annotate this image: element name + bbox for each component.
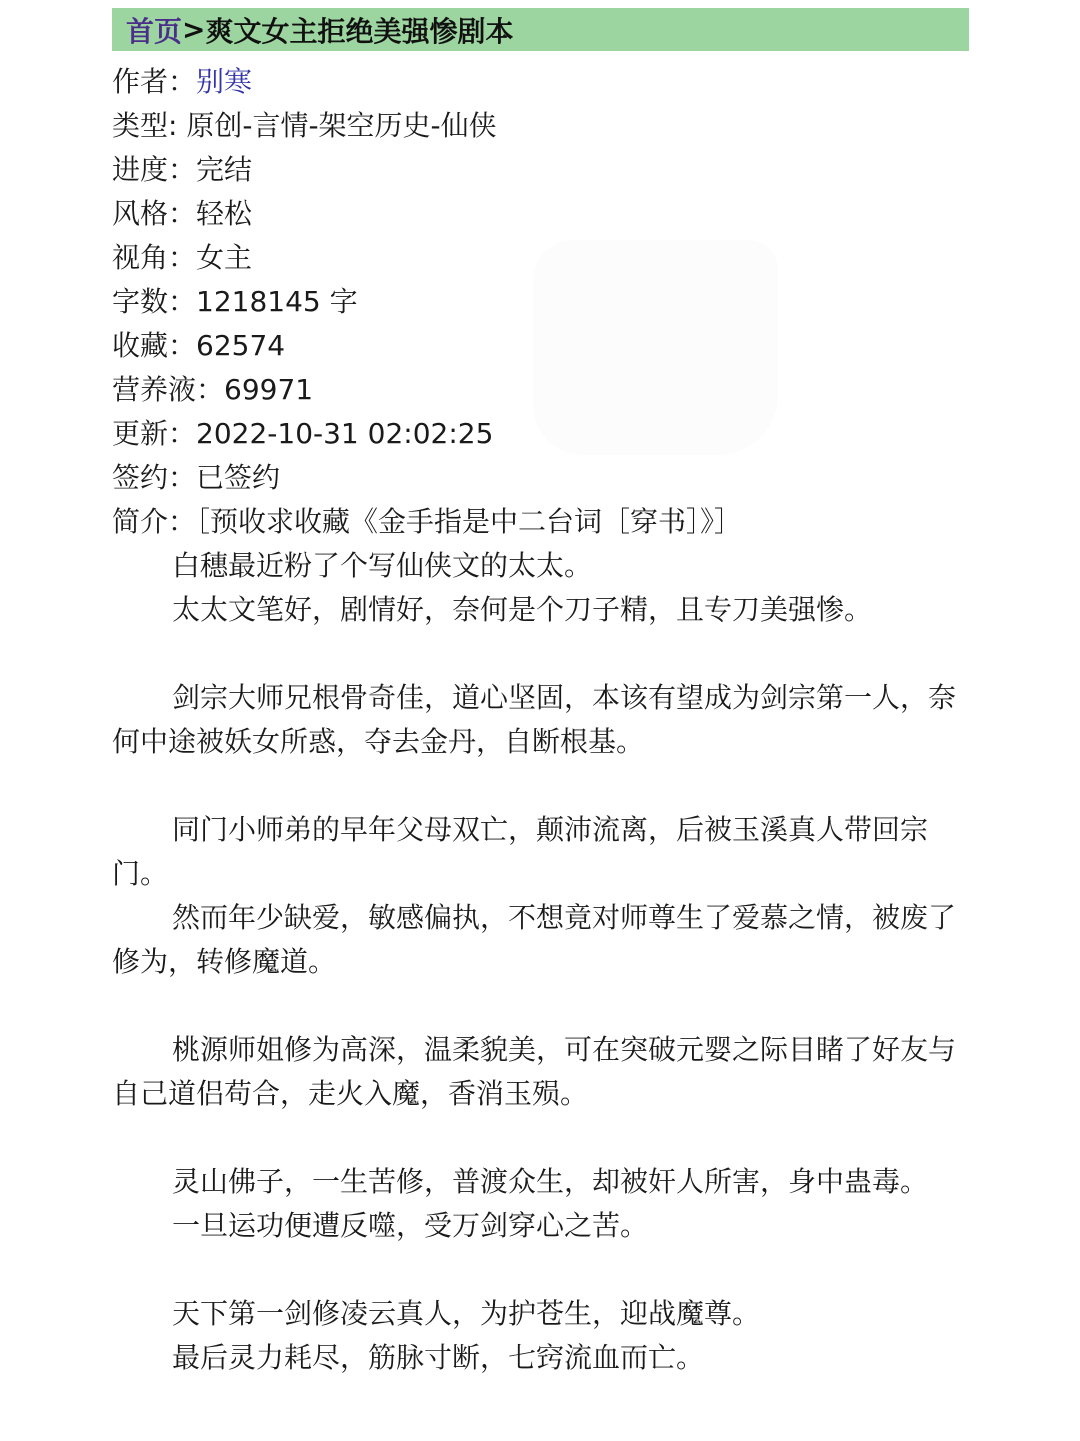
intro-paragraph: 白穗最近粉了个写仙侠文的太太。 [112, 544, 957, 588]
author-link[interactable]: 别寒 [196, 65, 252, 98]
meta-author: 作者：别寒 [112, 60, 969, 104]
intro-paragraph: 灵山佛子，一生苦修，普渡众生，却被奸人所害，身中蛊毒。 [112, 1160, 957, 1204]
book-title: 爽文女主拒绝美强惨剧本 [205, 10, 513, 50]
meta-summary: 简介：［预收求收藏《金手指是中二台词［穿书］》］ [112, 500, 969, 544]
meta-value: 原创-言情-架空历史-仙侠 [186, 109, 496, 142]
breadcrumb-separator: > [182, 13, 205, 46]
intro-paragraph: 剑宗大师兄根骨奇佳，道心坚固，本该有望成为剑宗第一人，奈何中途被妖女所惑，夺去金… [112, 676, 957, 764]
book-meta: 作者：别寒 类型: 原创-言情-架空历史-仙侠 进度：完结 风格：轻松 视角：女… [112, 60, 969, 544]
meta-label: 进度： [112, 153, 196, 186]
meta-label: 简介： [112, 505, 196, 538]
meta-value: 已签约 [196, 461, 280, 494]
meta-label: 字数： [112, 285, 196, 318]
intro-paragraph: 一旦运功便遭反噬，受万剑穿心之苦。 [112, 1204, 957, 1248]
meta-nutrient: 营养液：69971 [112, 368, 969, 412]
intro-paragraph: 最后灵力耗尽，筋脉寸断，七窍流血而亡。 [112, 1336, 957, 1380]
intro-paragraph: 天下第一剑修凌云真人，为护苍生，迎战魔尊。 [112, 1292, 957, 1336]
meta-value: 1218145 字 [196, 285, 358, 318]
meta-label: 视角： [112, 241, 196, 274]
home-link[interactable]: 首页 [126, 10, 182, 50]
paragraph-spacer [112, 1116, 969, 1160]
intro-paragraph: 太太文笔好，剧情好，奈何是个刀子精，且专刀美强惨。 [112, 588, 957, 632]
meta-value: 轻松 [196, 197, 252, 230]
meta-type: 类型: 原创-言情-架空历史-仙侠 [112, 104, 969, 148]
meta-label: 风格： [112, 197, 196, 230]
meta-value: 2022-10-31 02:02:25 [196, 417, 493, 450]
meta-label: 营养液： [112, 373, 224, 406]
paragraph-spacer [112, 984, 969, 1028]
meta-value: ［预收求收藏《金手指是中二台词［穿书］》］ [196, 505, 742, 538]
paragraph-spacer [112, 1248, 969, 1292]
meta-value: 完结 [196, 153, 252, 186]
meta-value: 女主 [196, 241, 252, 274]
paragraph-spacer [112, 764, 969, 808]
intro-paragraph: 然而年少缺爱，敏感偏执，不想竟对师尊生了爱慕之情，被废了修为，转修魔道。 [112, 896, 957, 984]
meta-word-count: 字数：1218145 字 [112, 280, 969, 324]
intro-paragraph: 同门小师弟的早年父母双亡，颠沛流离，后被玉溪真人带回宗门。 [112, 808, 957, 896]
meta-label: 类型: [112, 109, 186, 142]
meta-favorites: 收藏：62574 [112, 324, 969, 368]
meta-value: 69971 [224, 373, 313, 406]
meta-progress: 进度：完结 [112, 148, 969, 192]
meta-label: 收藏： [112, 329, 196, 362]
meta-label: 签约： [112, 461, 196, 494]
meta-value: 62574 [196, 329, 285, 362]
meta-label: 更新： [112, 417, 196, 450]
intro-paragraph: 桃源师姐修为高深，温柔貌美，可在突破元婴之际目睹了好友与自己道侣苟合，走火入魔，… [112, 1028, 957, 1116]
meta-perspective: 视角：女主 [112, 236, 969, 280]
meta-label: 作者： [112, 65, 196, 98]
paragraph-spacer [112, 632, 969, 676]
meta-style: 风格：轻松 [112, 192, 969, 236]
book-page: 首页 > 爽文女主拒绝美强惨剧本 作者：别寒 类型: 原创-言情-架空历史-仙侠… [112, 8, 969, 1380]
meta-updated: 更新：2022-10-31 02:02:25 [112, 412, 969, 456]
meta-contract: 签约：已签约 [112, 456, 969, 500]
intro-text: 白穗最近粉了个写仙侠文的太太。 太太文笔好，剧情好，奈何是个刀子精，且专刀美强惨… [112, 544, 969, 1380]
breadcrumb: 首页 > 爽文女主拒绝美强惨剧本 [112, 8, 969, 51]
